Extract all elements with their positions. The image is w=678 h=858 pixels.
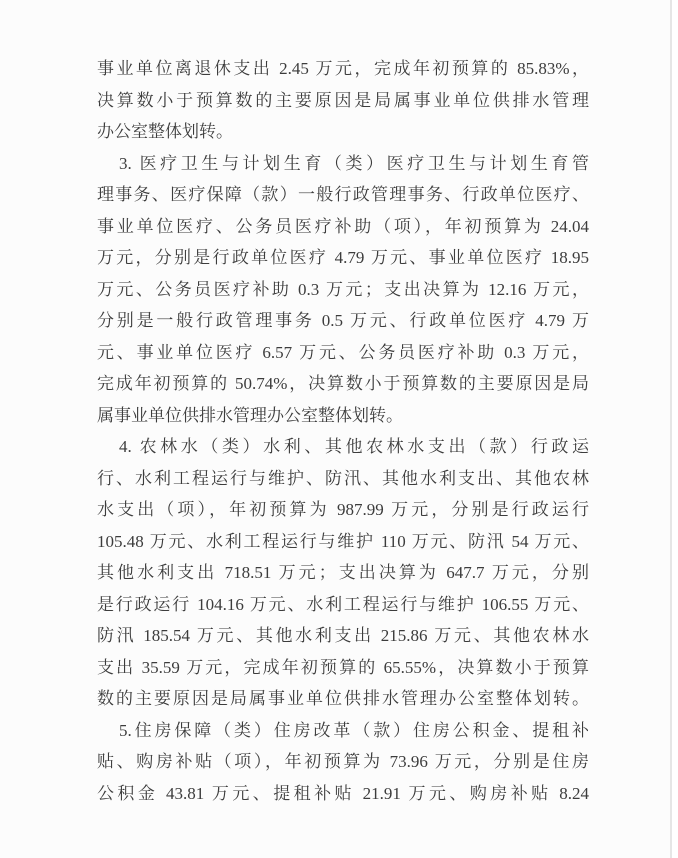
text-line: 3. 医疗卫生与计划生育（类）医疗卫生与计划生育管	[97, 148, 589, 180]
text-line: 贴、购房补贴（项），年初预算为 73.96 万元，分别是住房	[97, 746, 589, 778]
text-line: 其他水利支出 718.51 万元；支出决算为 647.7 万元，分别	[97, 557, 589, 589]
text-line: 事业单位离退休支出 2.45 万元，完成年初预算的 85.83%，	[97, 53, 589, 85]
text-line: 事业单位医疗、公务员医疗补助（项），年初预算为 24.04	[97, 211, 589, 243]
text-line: 办公室整体划转。	[97, 116, 589, 148]
paragraph: 5.住房保障（类）住房改革（款）住房公积金、提租补 贴、购房补贴（项），年初预算…	[97, 715, 589, 810]
text-line: 4. 农林水（类）水利、其他农林水支出（款）行政运	[97, 431, 589, 463]
text-line: 105.48 万元、水利工程运行与维护 110 万元、防汛 54 万元、	[97, 526, 589, 558]
text-line: 公积金 43.81 万元、提租补贴 21.91 万元、购房补贴 8.24	[97, 778, 589, 810]
paragraph: 4. 农林水（类）水利、其他农林水支出（款）行政运 行、水利工程运行与维护、防汛…	[97, 431, 589, 715]
text-line: 是行政运行 104.16 万元、水利工程运行与维护 106.55 万元、	[97, 589, 589, 621]
text-line: 数的主要原因是局属事业单位供排水管理办公室整体划转。	[97, 683, 589, 715]
document-text: 事业单位离退休支出 2.45 万元，完成年初预算的 85.83%， 决算数小于预…	[97, 53, 589, 809]
text-line: 完成年初预算的 50.74%，决算数小于预算数的主要原因是局	[97, 368, 589, 400]
text-line: 水支出（项），年初预算为 987.99 万元，分别是行政运行	[97, 494, 589, 526]
text-line: 属事业单位供排水管理办公室整体划转。	[97, 400, 589, 432]
text-line: 防汛 185.54 万元、其他水利支出 215.86 万元、其他农林水	[97, 620, 589, 652]
text-line: 万元，分别是行政单位医疗 4.79 万元、事业单位医疗 18.95	[97, 242, 589, 274]
document-page: 事业单位离退休支出 2.45 万元，完成年初预算的 85.83%， 决算数小于预…	[0, 0, 672, 858]
paragraph: 3. 医疗卫生与计划生育（类）医疗卫生与计划生育管 理事务、医疗保障（款）一般行…	[97, 148, 589, 432]
text-line: 理事务、医疗保障（款）一般行政管理事务、行政单位医疗、	[97, 179, 589, 211]
text-line: 万元、公务员医疗补助 0.3 万元；支出决算为 12.16 万元，	[97, 274, 589, 306]
text-line: 分别是一般行政管理事务 0.5 万元、行政单位医疗 4.79 万	[97, 305, 589, 337]
text-line: 决算数小于预算数的主要原因是局属事业单位供排水管理	[97, 85, 589, 117]
text-line: 5.住房保障（类）住房改革（款）住房公积金、提租补	[97, 715, 589, 747]
paragraph: 事业单位离退休支出 2.45 万元，完成年初预算的 85.83%， 决算数小于预…	[97, 53, 589, 148]
text-line: 元、事业单位医疗 6.57 万元、公务员医疗补助 0.3 万元，	[97, 337, 589, 369]
text-line: 支出 35.59 万元，完成年初预算的 65.55%，决算数小于预算	[97, 652, 589, 684]
text-line: 行、水利工程运行与维护、防汛、其他水利支出、其他农林	[97, 463, 589, 495]
